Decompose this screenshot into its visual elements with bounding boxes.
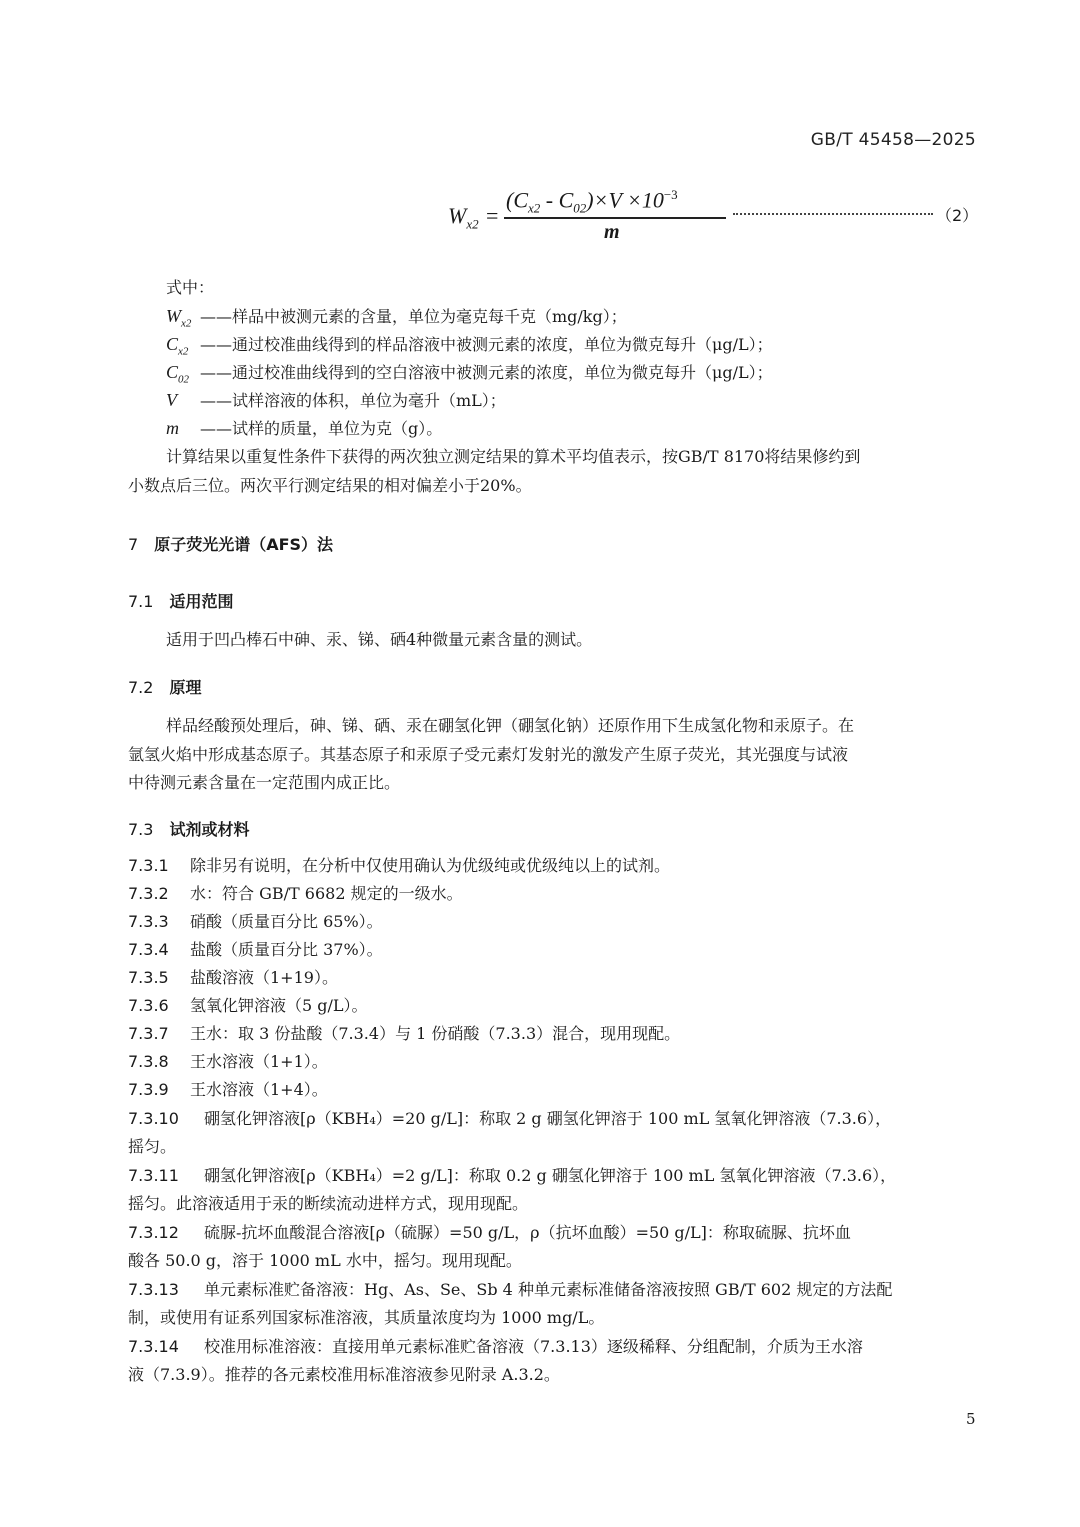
paragraph-line: 氩氢火焰中形成基态原子。其基态原子和汞原子受元素灯发射光的激发产生原子荧光，其光… [128, 745, 848, 765]
section-heading-7-1: 7.1适用范围 [128, 589, 233, 612]
formula-denominator: m [604, 221, 620, 244]
list-item-continuation: 制，或使用有证系列国家标准溶液，其质量浓度均为 1000 mg/L。 [128, 1308, 604, 1328]
var-symbol: Cx2 [166, 334, 200, 362]
list-item-continuation: 摇匀。此溶液适用于汞的断续流动进样方式，现用现配。 [128, 1194, 528, 1214]
formula-lhs: Wx2 [448, 203, 479, 232]
list-item: 7.3.1除非另有说明，在分析中仅使用确认为优级纯或优级纯以上的试剂。 [128, 856, 670, 876]
var-definition: C02——通过校准曲线得到的空白溶液中被测元素的浓度，单位为微克每升（μg/L）… [166, 362, 773, 390]
list-item: 7.3.3硝酸（质量百分比 65%）。 [128, 912, 383, 932]
calc-result-line: 小数点后三位。两次平行测定结果的相对偏差小于20%。 [128, 476, 532, 496]
list-item: 7.3.13单元素标准贮备溶液：Hg、As、Se、Sb 4 种单元素标准储备溶液… [128, 1280, 892, 1300]
fraction-bar [504, 217, 726, 219]
calc-result-line: 计算结果以重复性条件下获得的两次独立测定结果的算术平均值表示，按GB/T 817… [166, 447, 860, 467]
formula-2: Wx2 = (Cx2 - C02)×V ×10−3 m （2） [448, 183, 978, 253]
list-item: 7.3.12硫脲-抗坏血酸混合溶液[ρ（硫脲）=50 g/L，ρ（抗坏血酸）=5… [128, 1223, 851, 1243]
paragraph-line: 样品经酸预处理后，砷、锑、硒、汞在硼氢化钾（硼氢化钠）还原作用下生成氢化物和汞原… [166, 716, 854, 736]
var-symbol: m [166, 418, 200, 438]
document-page: GB/T 45458—2025 Wx2 = (Cx2 - C02)×V ×10−… [0, 0, 1080, 1527]
list-item: 7.3.2水：符合 GB/T 6682 规定的一级水。 [128, 884, 463, 904]
var-symbol: C02 [166, 362, 200, 390]
standard-number: GB/T 45458—2025 [811, 130, 976, 150]
formula-numerator: (Cx2 - C02)×V ×10−3 [506, 187, 678, 217]
formula-equals: = [486, 203, 498, 229]
where-intro: 式中： [166, 278, 214, 298]
var-symbol: V [166, 390, 200, 410]
list-item: 7.3.10硼氢化钾溶液[ρ（KBH₄）=20 g/L]：称取 2 g 硼氢化钾… [128, 1109, 891, 1129]
paragraph-line: 中待测元素含量在一定范围内成正比。 [128, 773, 400, 793]
var-symbol: Wx2 [166, 306, 200, 334]
section-heading-7-3: 7.3试剂或材料 [128, 817, 249, 840]
var-definition: m——试样的质量，单位为克（g）。 [166, 418, 442, 439]
list-item: 7.3.5盐酸溶液（1+19）。 [128, 968, 338, 988]
var-definition: V——试样溶液的体积，单位为毫升（mL）； [166, 390, 506, 411]
list-item: 7.3.7王水：取 3 份盐酸（7.3.4）与 1 份硝酸（7.3.3）混合，现… [128, 1024, 680, 1044]
list-item: 7.3.4盐酸（质量百分比 37%）。 [128, 940, 383, 960]
section-heading-7-2: 7.2原理 [128, 675, 201, 698]
list-item: 7.3.8王水溶液（1+1）。 [128, 1052, 328, 1072]
equation-number: （2） [936, 203, 978, 226]
list-item-continuation: 酸各 50.0 g，溶于 1000 mL 水中，摇匀。现用现配。 [128, 1251, 522, 1271]
list-item-continuation: 液（7.3.9）。推荐的各元素校准用标准溶液参见附录 A.3.2。 [128, 1365, 560, 1385]
list-item-continuation: 摇匀。 [128, 1137, 176, 1157]
var-definition: Wx2——样品中被测元素的含量，单位为毫克每千克（mg/kg）； [166, 306, 627, 334]
var-definition: Cx2——通过校准曲线得到的样品溶液中被测元素的浓度，单位为微克每升（μg/L）… [166, 334, 773, 362]
section-heading-7: 7原子荧光光谱（AFS）法 [128, 532, 333, 555]
paragraph: 适用于凹凸棒石中砷、汞、锑、硒4种微量元素含量的测试。 [166, 630, 592, 650]
list-item: 7.3.9王水溶液（1+4）。 [128, 1080, 328, 1100]
list-item: 7.3.14校准用标准溶液：直接用单元素标准贮备溶液（7.3.13）逐级稀释、分… [128, 1337, 863, 1357]
leader-dots [733, 203, 933, 215]
list-item: 7.3.6氢氧化钾溶液（5 g/L）。 [128, 996, 368, 1016]
page-number: 5 [966, 1410, 976, 1428]
list-item: 7.3.11硼氢化钾溶液[ρ（KBH₄）=2 g/L]：称取 0.2 g 硼氢化… [128, 1166, 896, 1186]
